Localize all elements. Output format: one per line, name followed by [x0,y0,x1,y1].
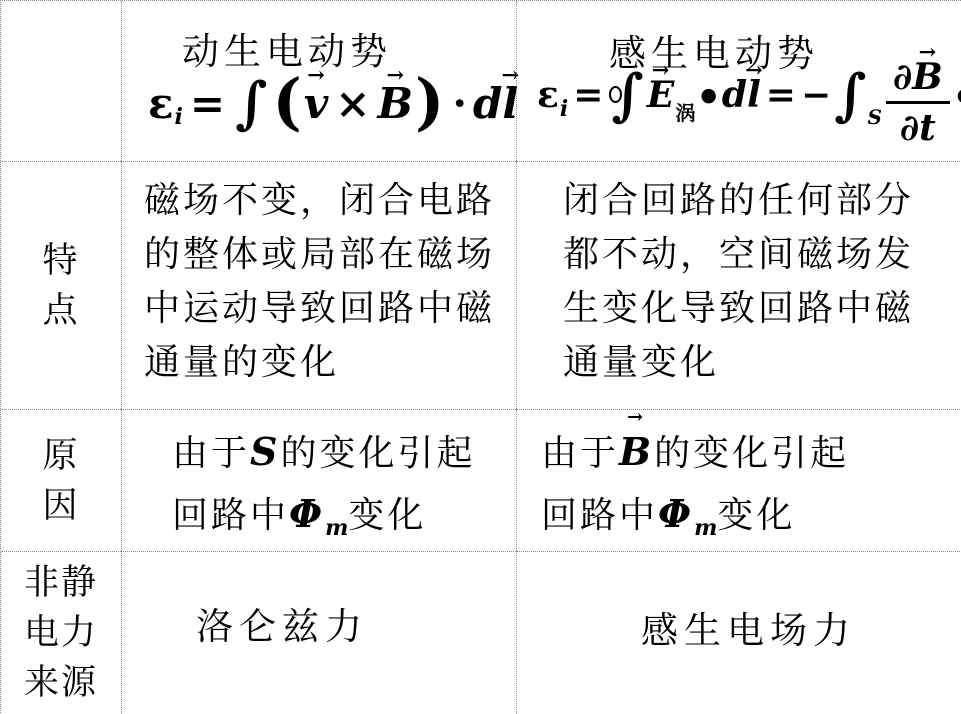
text-line: 闭合回路的任何部分 [563,174,961,228]
math-dot-product: · [452,79,467,128]
text-segment: 变化 [348,495,426,536]
text-segment: 由于 [172,433,250,474]
vector-B: B→ [378,79,414,128]
math-cross-product: × [335,79,370,128]
comparison-table: 动生电动势 εi = ∫ ( v→ × B→ ) · dl→ 感生电动势 εi … [0,0,961,713]
features-motional-cell: 磁场不变，闭合电路 的整体或局部在磁场 中运动导致回路中磁 通量的变化 [121,161,516,409]
induced-emf-formula: εi = ∫ E→涡 ● dl→ = −∫S ∂B→ ∂t ● dS→ [537,45,961,145]
math-dot-product: ● [957,84,961,106]
math-d: d [473,79,502,128]
vector-arrow-icon: → [745,59,763,80]
fraction-numerator: ∂B→ [886,42,950,104]
vector-dl: l→ [747,74,761,116]
text-line: 由于B→的变化引起 [541,422,961,484]
label-line: 来源 [24,658,98,708]
force-source-induced-cell: 感生电场力 [516,551,961,714]
text-line: 由于S的变化引起 [172,422,516,484]
text-line: 的整体或局部在磁场 [144,228,516,282]
math-d: d [722,74,747,116]
vector-B: B→ [912,56,942,98]
vector-arrow-icon: → [652,59,670,80]
motional-emf-formula: εi = ∫ ( v→ × B→ ) · dl→ [148,63,518,143]
math-fraction: ∂B→ ∂t [886,42,950,149]
text-line: 回路中Φm变化 [541,484,961,558]
math-right-paren: ) [415,65,444,138]
math-minus: − [801,74,831,116]
row-label-cause: 原 因 [1,409,121,551]
math-epsilon: ε [148,79,174,128]
text-line: 通量变化 [563,336,961,390]
label-line: 点 [42,286,79,336]
fraction-denominator: ∂t [900,104,936,149]
row-label-features: 特 点 [1,161,121,409]
math-partial: ∂ [900,107,919,149]
header-cell-motional: 动生电动势 εi = ∫ ( v→ × B→ ) · dl→ [121,1,516,161]
integral-icon: ∫ [235,70,267,136]
vector-arrow-icon: → [627,408,646,427]
math-subscript-vortex: 涡 [675,97,695,126]
contour-integral: ∫ [608,62,646,128]
math-equals: = [573,74,603,116]
integral-icon: ∫ [834,62,866,128]
vector-arrow-icon: → [919,41,937,62]
vector-arrow-icon: → [307,64,325,85]
math-subscript-S: S [868,105,882,129]
math-equals: = [766,74,796,116]
vector-B: B→ [619,422,654,484]
features-induced-cell: 闭合回路的任何部分 都不动，空间磁场发 生变化导致回路中磁 通量变化 [516,161,961,409]
math-subscript-i: i [560,96,568,122]
label-line: 电力 [24,608,98,658]
math-B: B [619,429,654,474]
text-segment: 由于 [541,433,619,474]
vector-E-vortex: E→ [647,74,674,116]
math-dot-product: ● [700,84,717,106]
text-segment: 回路中 [541,495,658,536]
math-epsilon: ε [537,74,559,116]
label-line: 因 [42,481,79,531]
text-line: 回路中Φm变化 [172,484,516,558]
math-subscript-i: i [175,104,183,130]
row-label-force-source: 非静 电力 来源 [1,551,121,714]
corner-cell [1,1,121,161]
math-subscript-m: m [694,515,717,541]
cause-motional-cell: 由于S的变化引起 回路中Φm变化 [121,409,516,551]
text-line: 中运动导致回路中磁 [144,282,516,336]
text-line: 磁场不变，闭合电路 [144,174,516,228]
text-line: 生变化导致回路中磁 [563,282,961,336]
math-phi: Φ [658,491,694,536]
math-phi: Φ [289,491,325,536]
math-partial: ∂ [893,56,912,98]
math-left-paren: ( [273,65,302,138]
text-segment: 的变化引起 [280,433,475,474]
text-line: 通量的变化 [144,336,516,390]
label-line: 特 [42,236,79,286]
text-segment: 变化 [717,495,795,536]
text-segment: 的变化引起 [654,433,849,474]
text-line: 洛仑兹力 [196,596,516,650]
force-source-motional-cell: 洛仑兹力 [121,551,516,714]
text-line: 都不动，空间磁场发 [563,228,961,282]
label-line: 原 [42,431,79,481]
text-line: 感生电场力 [641,600,961,654]
header-cell-induced: 感生电动势 εi = ∫ E→涡 ● dl→ = −∫S ∂B→ ∂t ● dS… [516,1,961,161]
vector-v: v→ [304,79,328,128]
math-t: t [919,107,936,149]
vector-arrow-icon: → [386,64,404,85]
math-S: S [250,429,280,474]
cause-induced-cell: 由于B→的变化引起 回路中Φm变化 [516,409,961,551]
label-line: 非静 [24,558,98,608]
math-equals: = [190,79,225,128]
text-segment: 回路中 [172,495,289,536]
math-subscript-m: m [325,515,348,541]
